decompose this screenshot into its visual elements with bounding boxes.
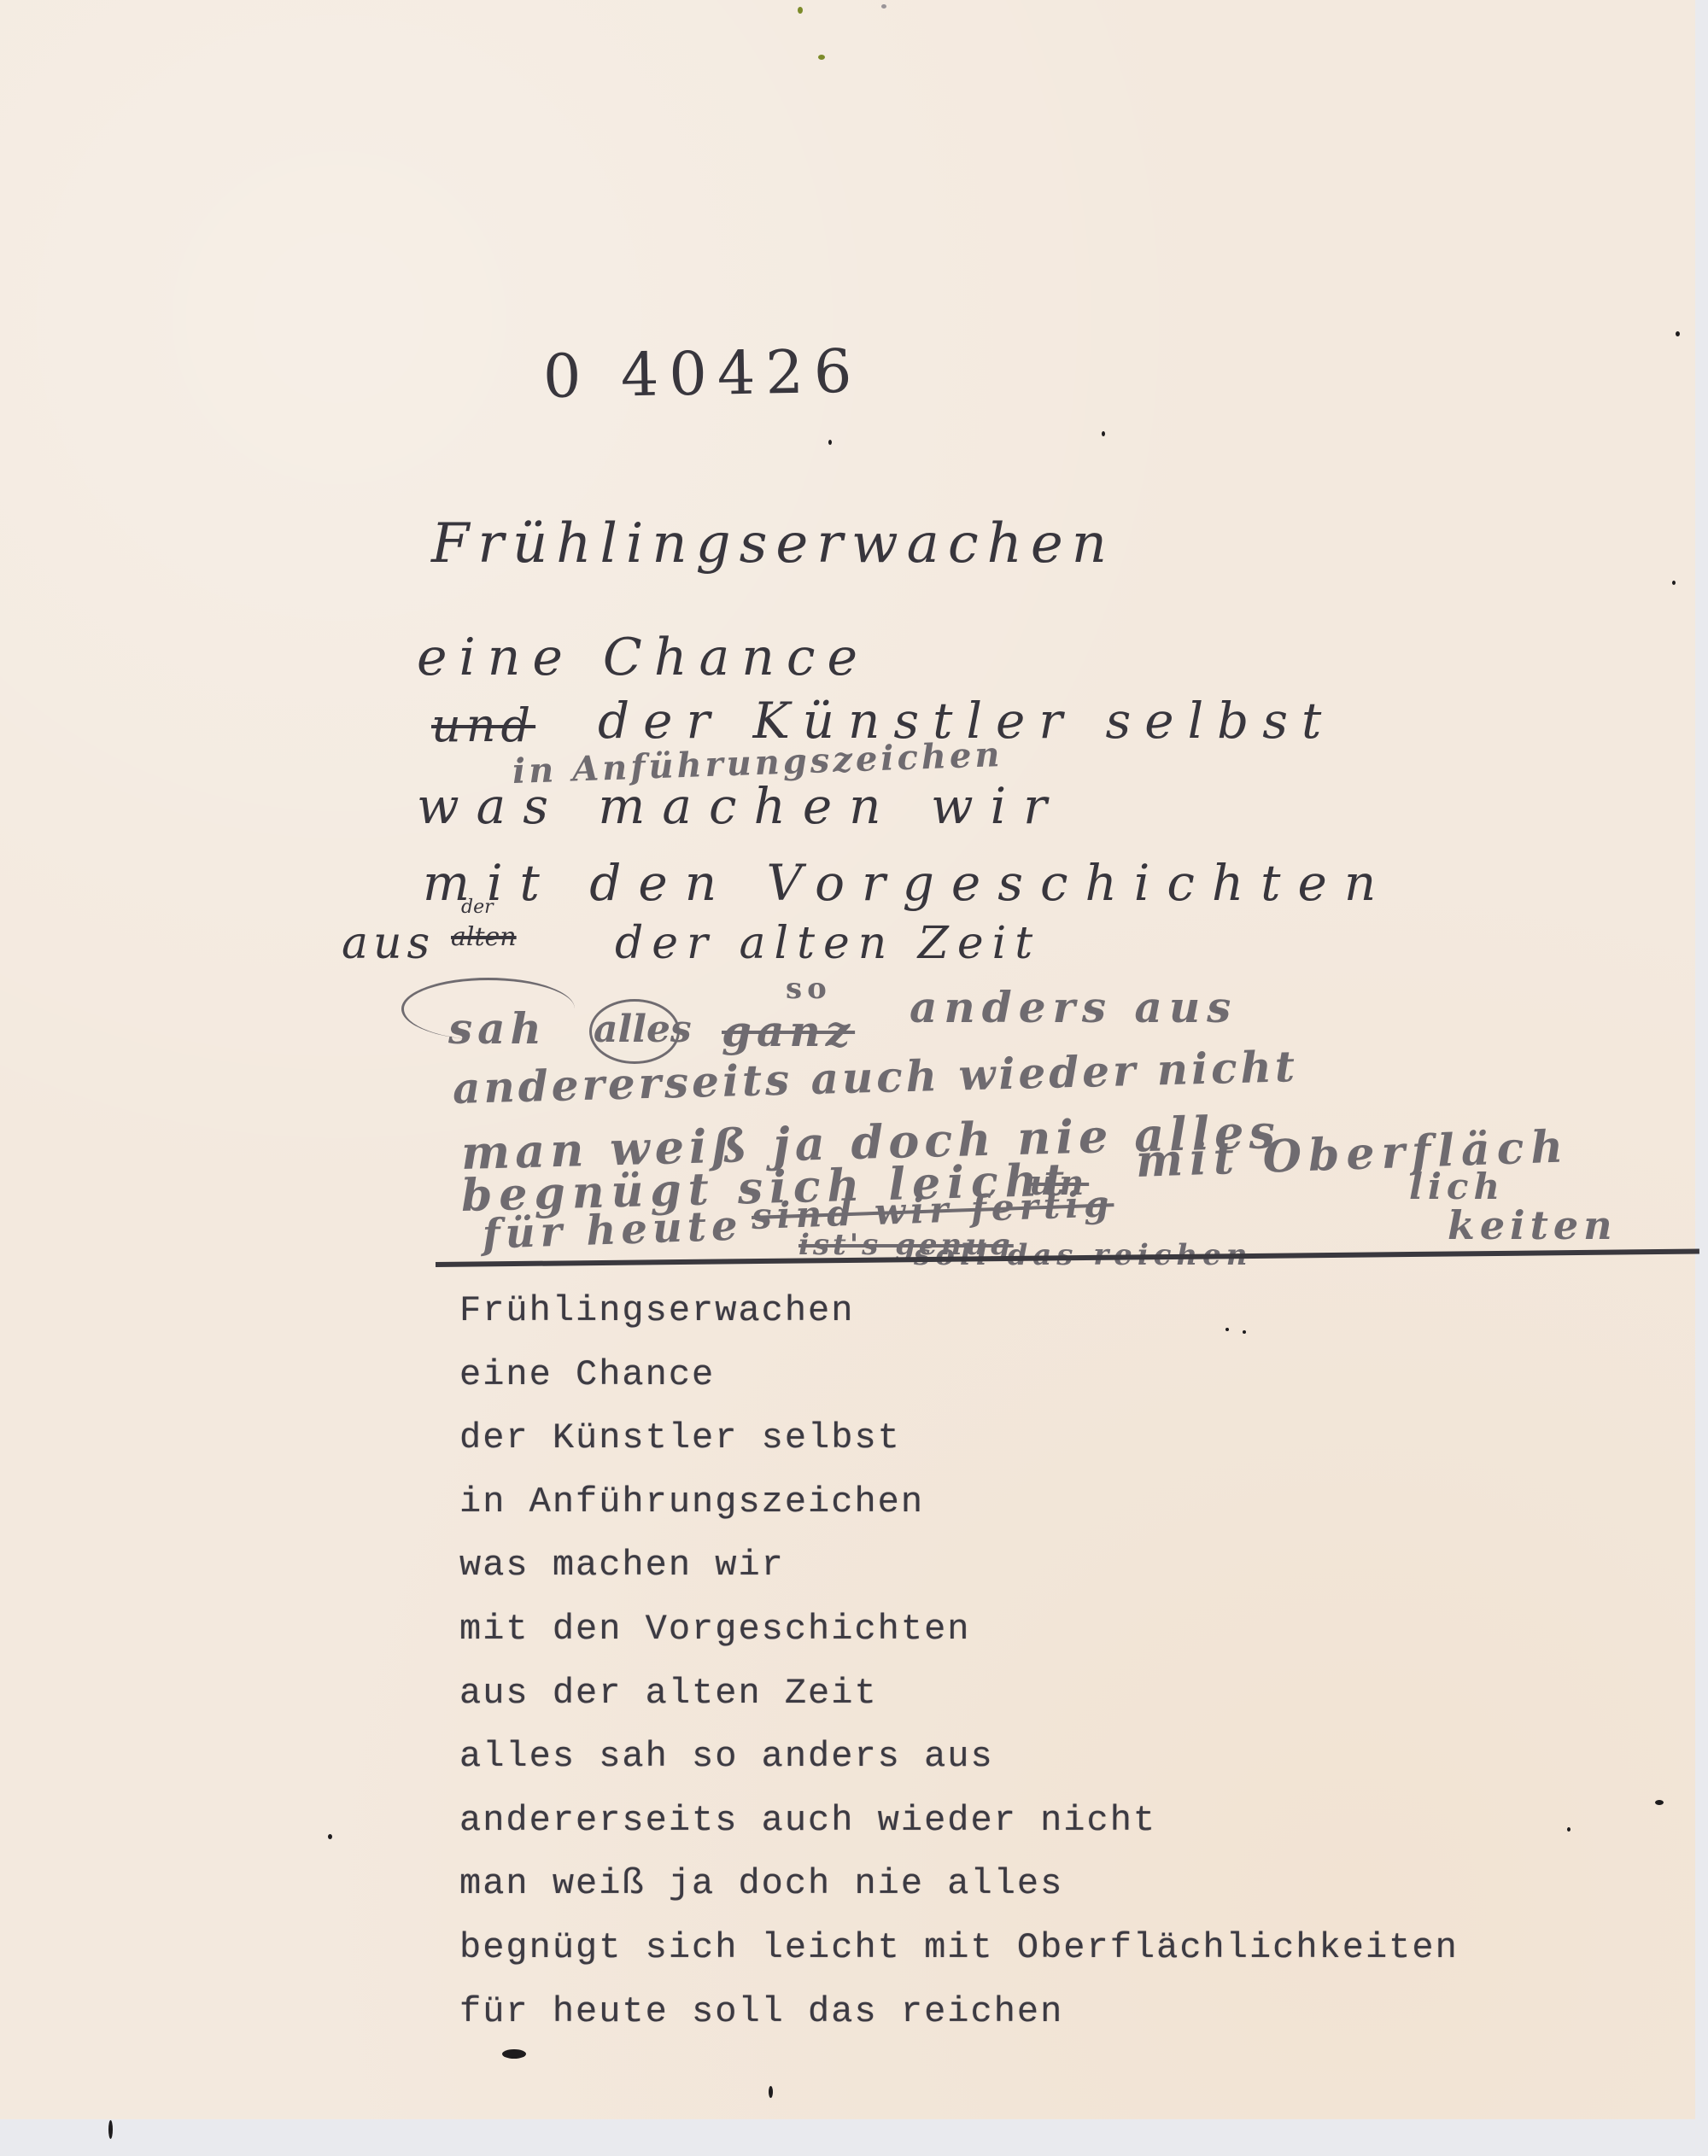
handwritten-line-6b: der alten Zeit	[615, 918, 1041, 969]
typed-line: in Anführungszeichen	[459, 1470, 1459, 1534]
handwritten-line-5: mit den Vorgeschichten	[423, 854, 1393, 912]
typed-line: man weiß ja doch nie alles	[459, 1852, 1459, 1916]
paper-speck	[1102, 431, 1105, 436]
handwritten-insert-word: so	[786, 972, 832, 1006]
typed-line: aus der alten Zeit	[459, 1662, 1459, 1726]
handwritten-margin-note: keiten	[1448, 1202, 1617, 1248]
handwritten-line-1: eine Chance	[417, 628, 869, 687]
typed-line: eine Chance	[459, 1343, 1459, 1407]
paper-speck	[769, 2086, 773, 2098]
paper-speck	[1672, 581, 1676, 585]
typed-line: was machen wir	[459, 1534, 1459, 1598]
handwritten-struck-word: alten	[451, 922, 517, 952]
typed-line: der Künstler selbst	[459, 1406, 1459, 1470]
typed-title: Frühlingserwachen	[459, 1279, 1459, 1343]
typed-line: alles sah so anders aus	[459, 1725, 1459, 1789]
handwritten-insert-word: der	[461, 897, 494, 918]
handwritten-line-7a: sah	[448, 1003, 547, 1054]
handwritten-line-8: andererseits auch wieder nicht	[452, 1041, 1298, 1113]
handwritten-line-11a: für heute	[482, 1201, 743, 1259]
paper-speck	[828, 440, 832, 445]
paper-speck	[818, 55, 825, 60]
paper-speck	[1655, 1800, 1664, 1805]
handwritten-struck-word: und	[431, 698, 535, 752]
handwritten-margin-note: lich	[1409, 1166, 1505, 1207]
handwritten-line-7b: anders aus	[910, 982, 1237, 1032]
typed-line: mit den Vorgeschichten	[459, 1598, 1459, 1662]
paper-speck	[502, 2049, 526, 2059]
typed-poem: Frühlingserwachen eine Chance der Künstl…	[459, 1279, 1459, 2043]
archive-number: 0 40426	[542, 336, 863, 412]
handwritten-struck-word: ganz	[722, 1006, 855, 1056]
paper-speck	[1567, 1827, 1571, 1832]
typed-line: begnügt sich leicht mit Oberflächlichkei…	[459, 1916, 1459, 1980]
paper-speck	[798, 7, 803, 14]
paper-speck	[881, 4, 886, 9]
manuscript-page: 0 40426 Frühlingserwachen eine Chance un…	[0, 0, 1695, 2119]
scanner-speck	[108, 2120, 113, 2139]
handwritten-line-6a: aus	[342, 918, 435, 969]
paper-speck	[328, 1834, 332, 1839]
typed-line: für heute soll das reichen	[459, 1980, 1459, 2044]
handwritten-circled-word: alles	[594, 1008, 692, 1051]
handwritten-line-4: was machen wir	[417, 777, 1064, 835]
handwritten-title: Frühlingserwachen	[431, 512, 1115, 576]
paper-speck	[1676, 331, 1680, 336]
typed-line: andererseits auch wieder nicht	[459, 1789, 1459, 1853]
